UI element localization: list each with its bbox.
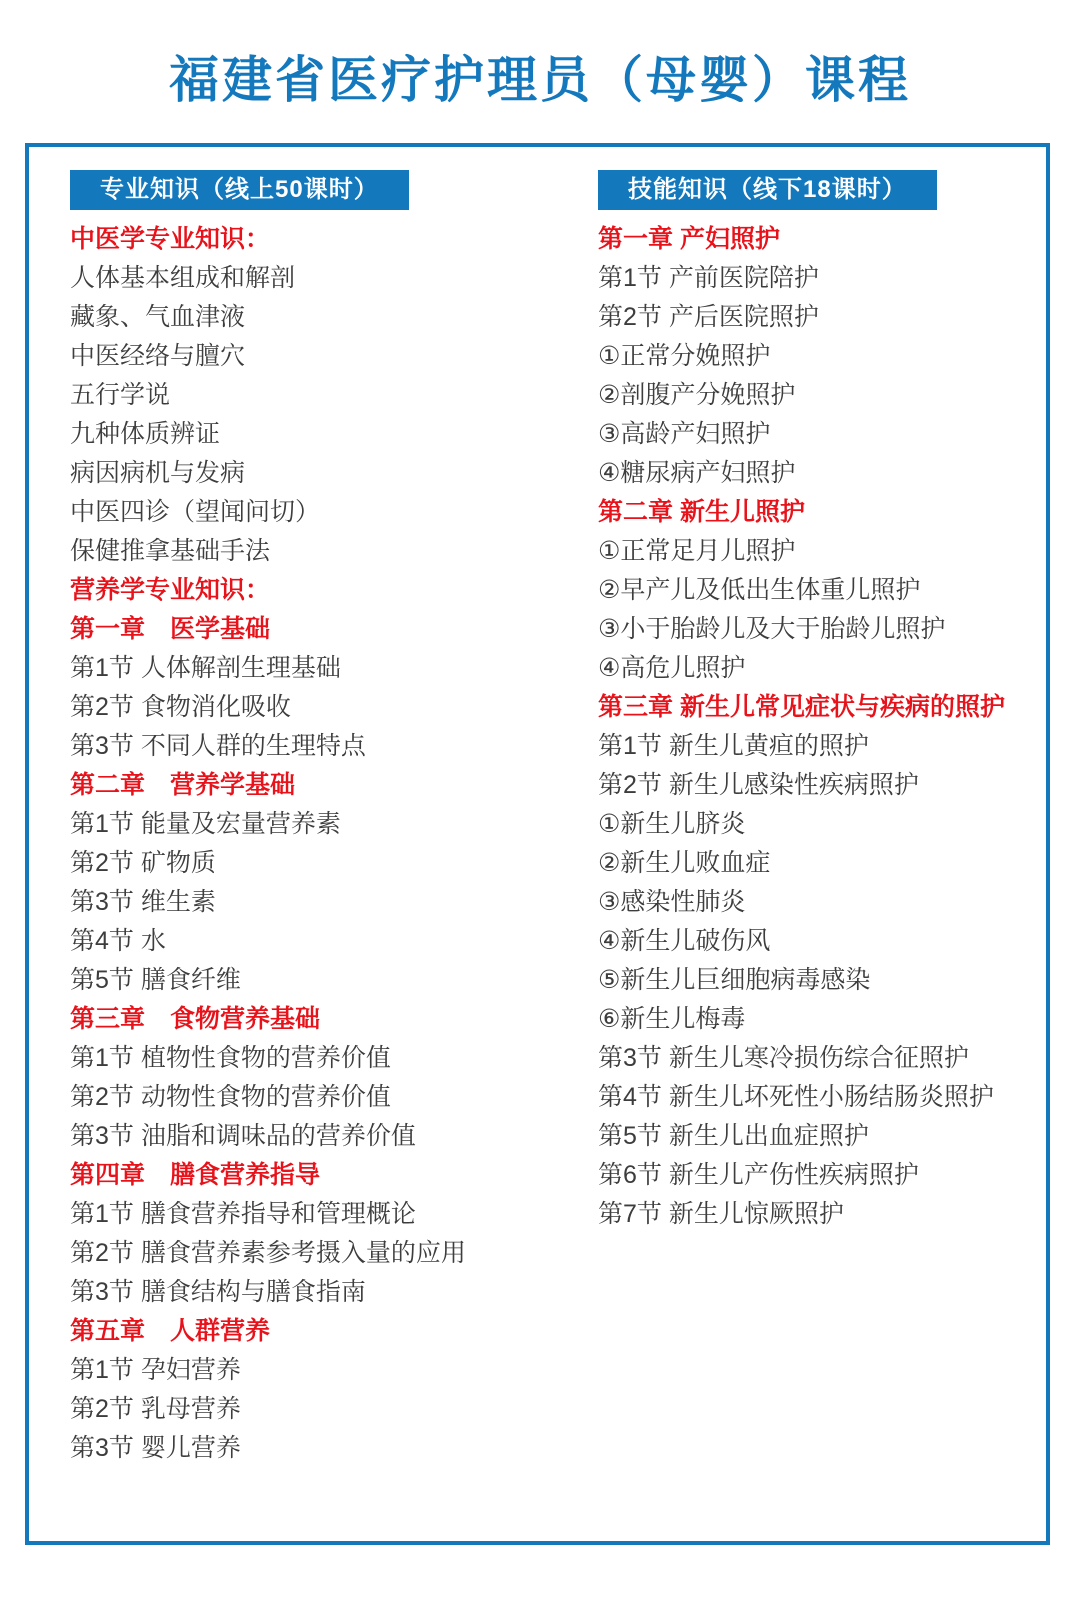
list-item: 第7节 新生儿惊厥照护 [598,1195,1048,1234]
section-heading: 第三章 食物营养基础 [70,1000,570,1039]
list-item: 第1节 新生儿黄疸的照护 [598,727,1048,766]
section-heading: 第三章 新生儿常见症状与疾病的照护 [598,688,1048,727]
list-item: ②早产儿及低出生体重儿照护 [598,571,1048,610]
list-item: 中医经络与膻穴 [70,337,570,376]
list-item: 第1节 能量及宏量营养素 [70,805,570,844]
list-item: 第2节 产后医院照护 [598,298,1048,337]
professional-knowledge-header: 专业知识（线上50课时） [70,170,409,210]
list-item: 第3节 不同人群的生理特点 [70,727,570,766]
list-item: 第6节 新生儿产伤性疾病照护 [598,1156,1048,1195]
list-item: 第2节 膳食营养素参考摄入量的应用 [70,1234,570,1273]
skill-knowledge-header: 技能知识（线下18课时） [598,170,937,210]
list-item: ①新生儿脐炎 [598,805,1048,844]
list-item: 中医四诊（望闻问切） [70,493,570,532]
column-professional-knowledge: 专业知识（线上50课时） 中医学专业知识：人体基本组成和解剖藏象、气血津液中医经… [70,147,570,1468]
list-item: 第1节 产前医院陪护 [598,259,1048,298]
skill-knowledge-list: 第一章 产妇照护第1节 产前医院陪护第2节 产后医院照护①正常分娩照护②剖腹产分… [598,220,1048,1234]
page-title: 福建省医疗护理员（母婴）课程 [0,40,1080,112]
list-item: 第3节 油脂和调味品的营养价值 [70,1117,570,1156]
list-item: ④糖尿病产妇照护 [598,454,1048,493]
list-item: 第3节 膳食结构与膳食指南 [70,1273,570,1312]
list-item: 人体基本组成和解剖 [70,259,570,298]
list-item: ①正常分娩照护 [598,337,1048,376]
content-box: 专业知识（线上50课时） 中医学专业知识：人体基本组成和解剖藏象、气血津液中医经… [25,143,1050,1545]
list-item: 第3节 婴儿营养 [70,1429,570,1468]
list-item: 第2节 动物性食物的营养价值 [70,1078,570,1117]
section-heading: 第一章 产妇照护 [598,220,1048,259]
list-item: 保健推拿基础手法 [70,532,570,571]
list-item: ④高危儿照护 [598,649,1048,688]
list-item: ⑤新生儿巨细胞病毒感染 [598,961,1048,1000]
list-item: ④新生儿破伤风 [598,922,1048,961]
list-item: ③小于胎龄儿及大于胎龄儿照护 [598,610,1048,649]
list-item: 藏象、气血津液 [70,298,570,337]
list-item: 第2节 食物消化吸收 [70,688,570,727]
list-item: 第3节 维生素 [70,883,570,922]
list-item: 第4节 水 [70,922,570,961]
list-item: 第1节 人体解剖生理基础 [70,649,570,688]
list-item: 第1节 膳食营养指导和管理概论 [70,1195,570,1234]
list-item: ③高龄产妇照护 [598,415,1048,454]
list-item: ①正常足月儿照护 [598,532,1048,571]
section-heading: 第二章 新生儿照护 [598,493,1048,532]
list-item: 第2节 矿物质 [70,844,570,883]
section-heading: 第一章 医学基础 [70,610,570,649]
list-item: 第1节 孕妇营养 [70,1351,570,1390]
list-item: ②新生儿败血症 [598,844,1048,883]
list-item: 第5节 膳食纤维 [70,961,570,1000]
list-item: 第5节 新生儿出血症照护 [598,1117,1048,1156]
section-heading: 营养学专业知识： [70,571,570,610]
list-item: 病因病机与发病 [70,454,570,493]
list-item: 第1节 植物性食物的营养价值 [70,1039,570,1078]
section-heading: 中医学专业知识： [70,220,570,259]
list-item: ②剖腹产分娩照护 [598,376,1048,415]
professional-knowledge-list: 中医学专业知识：人体基本组成和解剖藏象、气血津液中医经络与膻穴五行学说九种体质辨… [70,220,570,1468]
list-item: 九种体质辨证 [70,415,570,454]
list-item: ③感染性肺炎 [598,883,1048,922]
section-heading: 第四章 膳食营养指导 [70,1156,570,1195]
list-item: 五行学说 [70,376,570,415]
list-item: 第4节 新生儿坏死性小肠结肠炎照护 [598,1078,1048,1117]
list-item: ⑥新生儿梅毒 [598,1000,1048,1039]
list-item: 第2节 新生儿感染性疾病照护 [598,766,1048,805]
section-heading: 第二章 营养学基础 [70,766,570,805]
list-item: 第3节 新生儿寒冷损伤综合征照护 [598,1039,1048,1078]
list-item: 第2节 乳母营养 [70,1390,570,1429]
column-skill-knowledge: 技能知识（线下18课时） 第一章 产妇照护第1节 产前医院陪护第2节 产后医院照… [598,147,1048,1234]
section-heading: 第五章 人群营养 [70,1312,570,1351]
